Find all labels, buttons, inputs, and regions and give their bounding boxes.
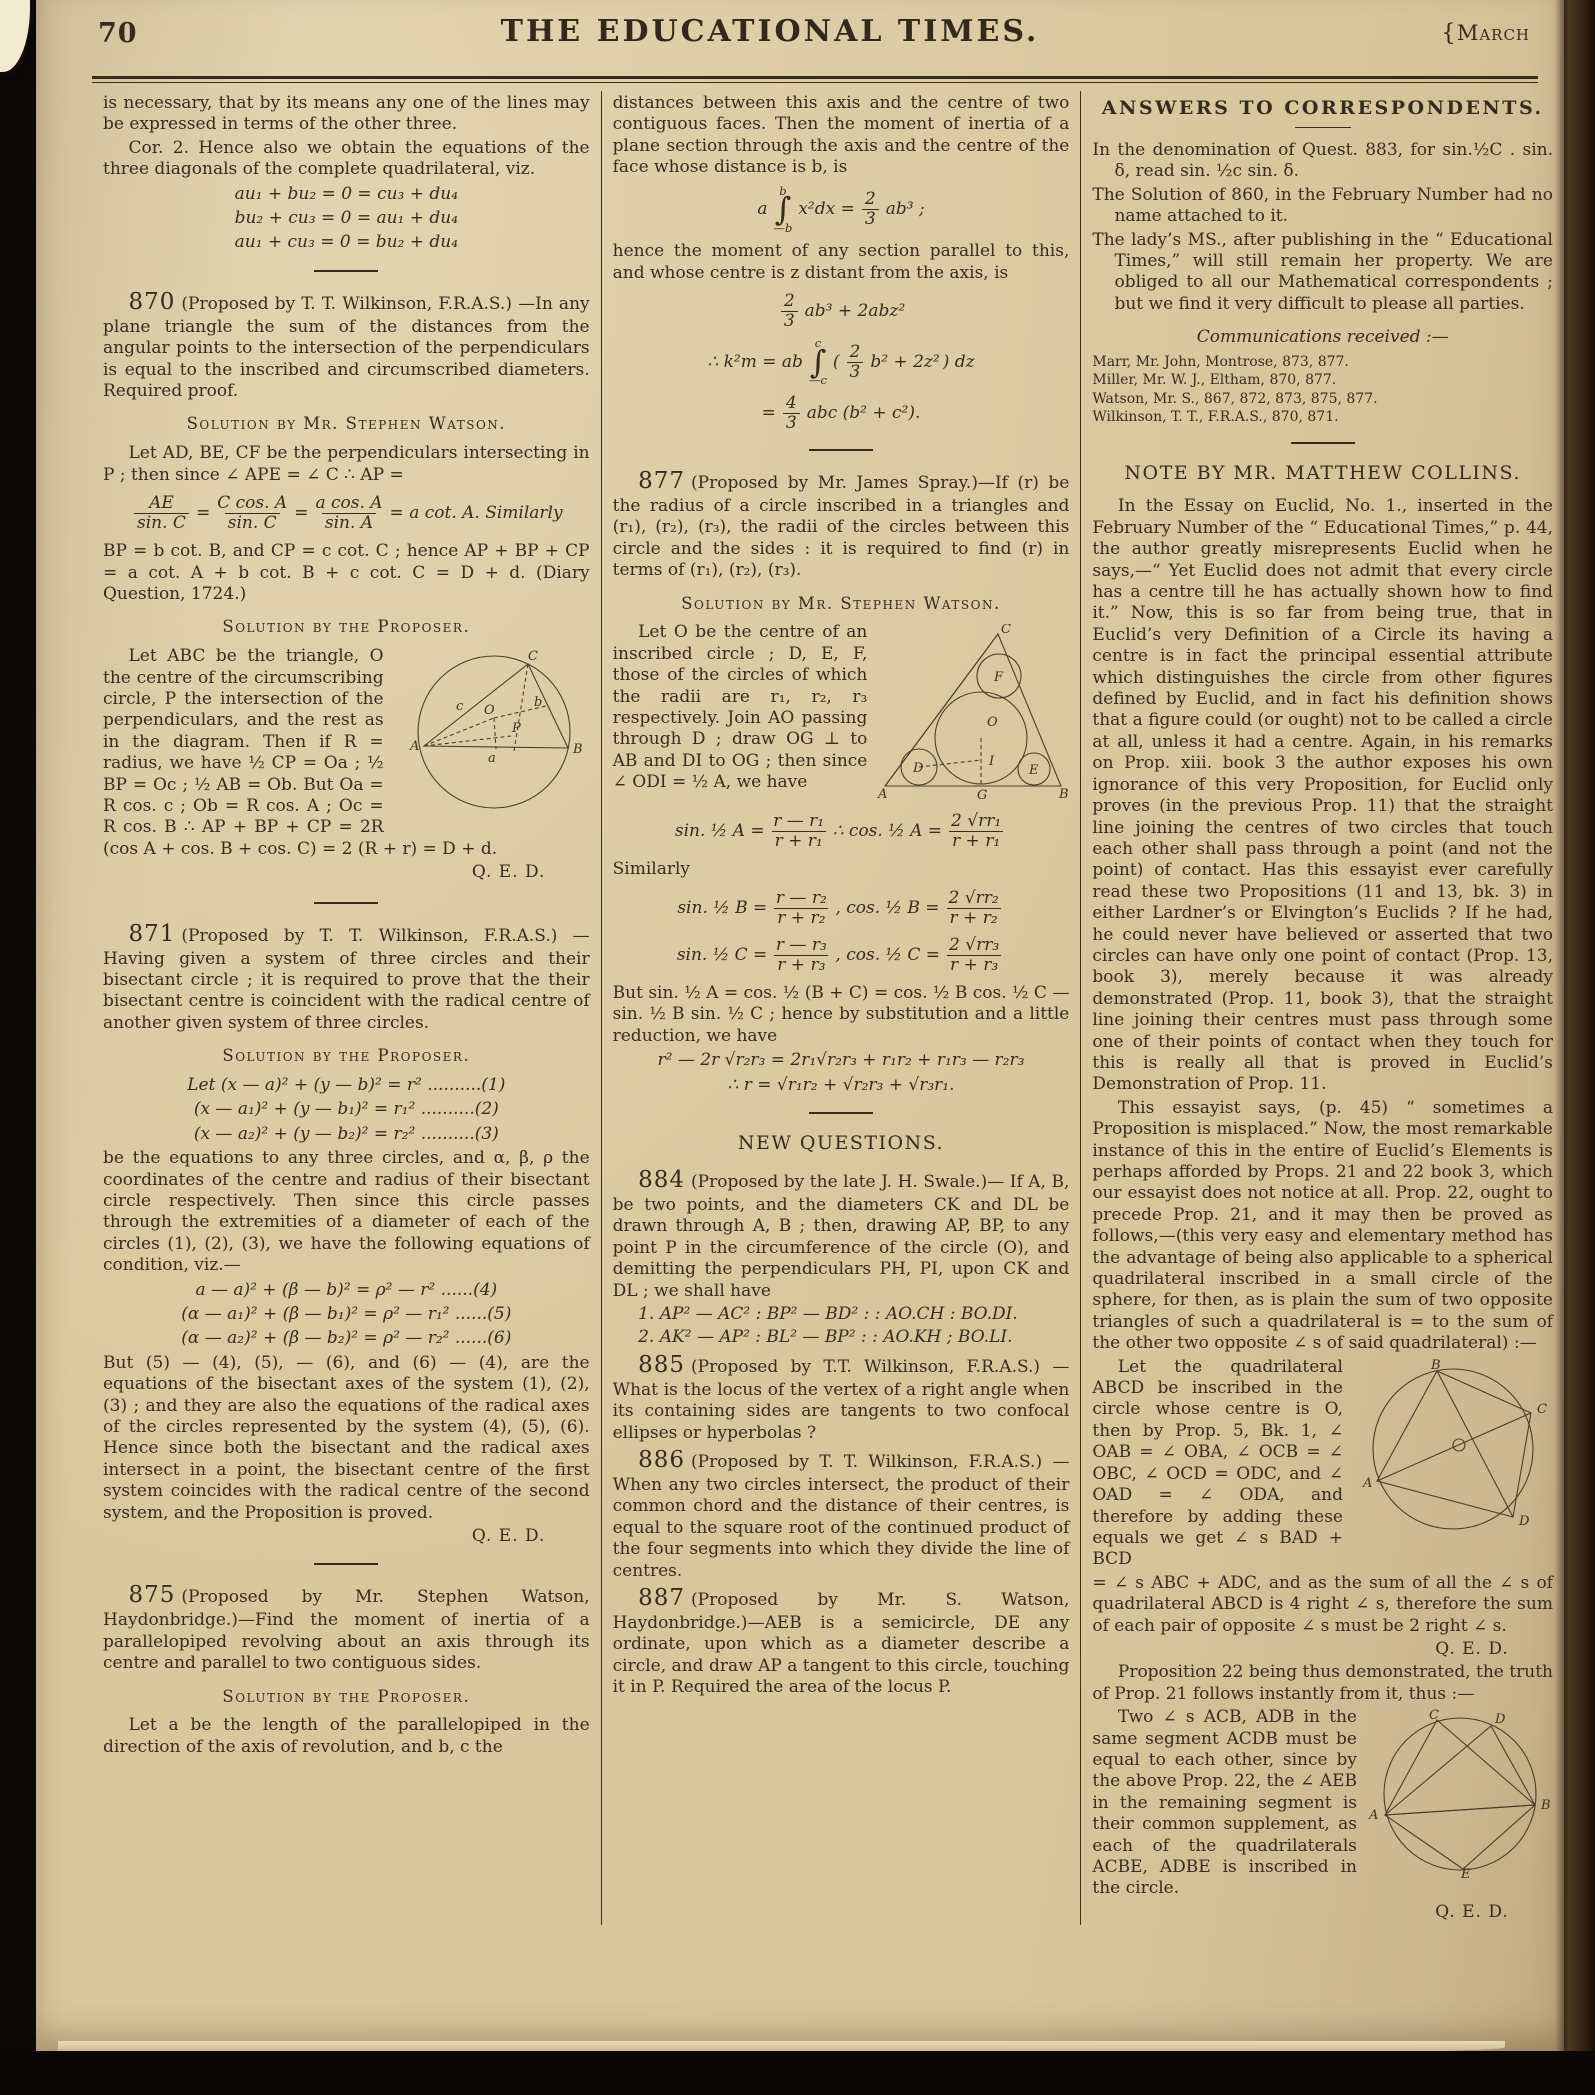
- question-885-number: 885: [638, 1352, 691, 1378]
- column-left: is necessary, that by its means any one …: [92, 91, 601, 1925]
- fraction-numerator: 2 √rr₂: [949, 889, 999, 908]
- problem-870-number: 870: [129, 289, 182, 315]
- fraction-numerator: a cos. A: [315, 494, 382, 513]
- problem-871-statement: 871(Proposed by T. T. Wilkinson, F.R.A.S…: [103, 920, 590, 1035]
- fig-label-c: c: [456, 699, 464, 714]
- fig-label-F: F: [993, 670, 1004, 685]
- solution-871-heading: Solution by the Proposer.: [103, 1046, 590, 1067]
- reduction-equation: r² — 2r √r₂r₃ = 2r₁√r₂r₃ + r₁r₂ + r₁r₃ —…: [613, 1050, 1070, 1071]
- circle-equation-3: (x — a₂)² + (y — b₂)² = r₂² ..........(3…: [103, 1124, 590, 1145]
- header-rule: [92, 76, 1538, 83]
- fraction-numerator: r — r₁: [773, 812, 824, 831]
- half-angle-equation-A: sin. ½ A = r — r₁r + r₁ ∴ cos. ½ A = 2 √…: [613, 812, 1070, 851]
- problem-875-number: 875: [129, 1582, 182, 1608]
- fraction: AEsin. C: [134, 494, 189, 533]
- fig-label-a: a: [488, 751, 496, 766]
- new-questions-heading: NEW QUESTIONS.: [613, 1132, 1070, 1156]
- solution-877-heading: Solution by Mr. Stephen Watson.: [613, 594, 1070, 615]
- half-angle-equation-C: sin. ½ C = r — r₃r + r₃ , cos. ½ C = 2 √…: [613, 936, 1070, 975]
- question-887-number: 887: [638, 1585, 691, 1611]
- solution-870-proposer-heading: Solution by the Proposer.: [103, 617, 590, 638]
- equation-suffix: ab³ + 2abz²: [805, 301, 906, 322]
- equation-middle: ∴ cos. ½ A =: [833, 821, 942, 842]
- fig-label-C: C: [1429, 1709, 1439, 1723]
- fraction-denominator: r + r₂: [774, 908, 828, 928]
- close-paren: ) dz: [943, 352, 975, 373]
- figure-geometry: [1373, 1369, 1533, 1529]
- fraction: 23: [862, 190, 879, 229]
- fraction-denominator: r + r₃: [774, 955, 828, 975]
- fraction: 23: [847, 343, 864, 382]
- solution-877-paragraph-2: But sin. ½ A = cos. ½ (B + C) = cos. ½ B…: [613, 983, 1070, 1047]
- newspaper-page: 70 THE EDUCATIONAL TIMES. {March is nece…: [36, 0, 1564, 2052]
- fig-label-D: D: [1518, 1514, 1530, 1529]
- note-collins-heading: NOTE BY MR. MATTHEW COLLINS.: [1092, 462, 1553, 486]
- half-angle-equation-B: sin. ½ B = r — r₂r + r₂ , cos. ½ B = 2 √…: [613, 889, 1070, 928]
- answer-item-3: The lady’s MS., after publishing in the …: [1092, 230, 1553, 316]
- communication-3: Watson, Mr. S., 867, 872, 873, 875, 877.: [1092, 390, 1553, 408]
- result-equation: = 43 abc (b² + c²).: [613, 394, 1070, 433]
- fraction-denominator: r + r₂: [947, 908, 1001, 928]
- fig-label-B: B: [1430, 1359, 1441, 1373]
- problem-877-number: 877: [638, 468, 691, 494]
- paragraph-moment-section: hence the moment of any section parallel…: [613, 241, 1070, 284]
- book-corner-curl: [0, 0, 30, 72]
- quadrilateral-proof-block: B C A D Let the quadrilateral ABCD be in…: [1092, 1357, 1553, 1663]
- equation-body: x²dx =: [798, 199, 855, 220]
- note-paragraph-5: Proposition 22 being thus demonstrated, …: [1092, 1662, 1553, 1705]
- fraction-numerator: 2: [784, 292, 795, 311]
- moment-equation: 23 ab³ + 2abz²: [613, 292, 1070, 331]
- answers-heading: ANSWERS TO CORRESPONDENTS.: [1092, 97, 1553, 121]
- fraction-numerator: 2 √rr₁: [951, 812, 1001, 831]
- fig-label-E: E: [1028, 763, 1039, 778]
- circle-equation-1: Let (x — a)² + (y — b)² = r² ..........(…: [103, 1075, 590, 1096]
- fig-label-b: b: [534, 695, 542, 710]
- fraction-numerator: AE: [149, 494, 174, 513]
- inscribed-quadrilateral-figure: B C A D: [1353, 1359, 1553, 1535]
- fraction: 2 √rr₂r + r₂: [947, 889, 1001, 928]
- condition-equation-4: a — a)² + (β — b)² = ρ² — r² ......(4): [103, 1280, 590, 1301]
- fig-label-D: D: [1494, 1712, 1506, 1727]
- fraction: r — r₃r + r₃: [774, 936, 828, 975]
- equation-tail: = a cot. A. Similarly: [390, 503, 563, 524]
- fraction-denominator: sin. C: [225, 513, 280, 533]
- question-884-item-2: 2. AK² — AP² : BL² — BP² : : AO.KH ; BO.…: [613, 1327, 1070, 1348]
- problem-871-number: 871: [129, 921, 182, 947]
- open-paren: (: [833, 352, 840, 373]
- note-paragraph-1: In the Essay on Euclid, No. 1., inserted…: [1092, 496, 1553, 1095]
- qed-note-2: Q. E. D.: [1092, 1902, 1553, 1923]
- section-separator: [1291, 442, 1355, 444]
- fraction-denominator: sin. C: [134, 513, 189, 533]
- fig-label-C: C: [528, 649, 538, 664]
- communication-4: Wilkinson, T. T., F.R.A.S., 870, 871.: [1092, 408, 1553, 426]
- lower-limit: —b: [773, 224, 792, 234]
- solution-877-block: C F O D I E A G B Let O be the centre of…: [613, 622, 1070, 804]
- fig-label-E: E: [1460, 1867, 1471, 1879]
- equation-prefix: sin. ½ A =: [675, 821, 765, 842]
- fraction: a cos. Asin. A: [315, 494, 382, 533]
- fraction-denominator: r + r₃: [947, 955, 1001, 975]
- communication-2: Miller, Mr. W. J., Eltham, 870, 877.: [1092, 371, 1553, 389]
- section-separator: [314, 1563, 378, 1565]
- fig-label-O: O: [484, 703, 495, 718]
- fig-label-A: A: [1368, 1808, 1378, 1823]
- equal-angles-segment-figure: C D A B E: [1367, 1709, 1553, 1879]
- fraction-denominator: 3: [862, 209, 879, 229]
- question-887-statement: 887(Proposed by Mr. S. Watson, Haydonbri…: [613, 1584, 1070, 1699]
- column-right: ANSWERS TO CORRESPONDENTS. In the denomi…: [1080, 91, 1564, 1925]
- solution-875-paragraph: Let a be the length of the parallelopipe…: [103, 1715, 590, 1758]
- equation-middle: , cos. ½ B =: [835, 898, 939, 919]
- fraction: C cos. Asin. C: [217, 494, 287, 533]
- figure-geometry: [418, 656, 570, 808]
- fig-label-B: B: [572, 742, 583, 757]
- book-right-edge: [1555, 0, 1595, 2095]
- masthead: 70 THE EDUCATIONAL TIMES. {March: [36, 0, 1564, 72]
- page-title: THE EDUCATIONAL TIMES.: [36, 14, 1504, 49]
- equals-sign: =: [762, 403, 776, 424]
- note-paragraph-2: This essayist says, (p. 45) “ sometimes …: [1092, 1098, 1553, 1355]
- fig-label-B: B: [1058, 787, 1069, 800]
- section-separator: [809, 449, 873, 451]
- fraction-numerator: 2: [850, 343, 861, 362]
- issue-brace: {: [1441, 20, 1457, 46]
- solution-870-watson-paragraph: Let AD, BE, CF be the perpendiculars int…: [103, 443, 590, 486]
- continued-paragraph: is necessary, that by its means any one …: [103, 93, 590, 136]
- integral-sign: ∫: [810, 349, 827, 376]
- issue-month: March: [1457, 21, 1530, 45]
- column-middle: distances between this axis and the cent…: [601, 91, 1081, 1925]
- fig-label-O: O: [987, 715, 998, 730]
- question-884-item-1: 1. AP² — AC² : BP² — BD² : : AO.CH : BO.…: [613, 1304, 1070, 1325]
- condition-equation-5: (α — a₁)² + (β — b₁)² = ρ² — r₁² ......(…: [103, 1304, 590, 1325]
- fraction-numerator: r — r₂: [776, 889, 827, 908]
- problem-875-statement: 875(Proposed by Mr. Stephen Watson, Hayd…: [103, 1581, 590, 1674]
- segment-proof-block: C D A B E Two ∠ s ACB, ADB in the same s…: [1092, 1707, 1553, 1925]
- equation-prefix: sin. ½ C =: [677, 945, 767, 966]
- equation-suffix: ab³ ;: [886, 199, 925, 220]
- equation-prefix: ∴ k²m = ab: [707, 352, 803, 373]
- fraction-numerator: 2: [865, 190, 876, 209]
- question-886-statement: 886(Proposed by T. T. Wilkinson, F.R.A.S…: [613, 1446, 1070, 1582]
- equals-sign: =: [294, 503, 308, 524]
- figure-geometry: [1384, 1718, 1536, 1870]
- fig-label-A: A: [1362, 1476, 1372, 1491]
- equation-prefix: sin. ½ B =: [677, 898, 767, 919]
- diagonal-equation-3: au₁ + cu₃ = 0 = bu₂ + du₄: [103, 232, 590, 253]
- equation-prefix: a: [757, 199, 767, 220]
- fig-label-D: D: [912, 761, 924, 776]
- question-886-number: 886: [638, 1447, 691, 1473]
- fraction-denominator: r + r₁: [772, 831, 826, 851]
- answer-item-2: The Solution of 860, in the February Num…: [1092, 185, 1553, 228]
- heading-rule: [1295, 127, 1351, 128]
- fig-label-C: C: [1537, 1402, 1547, 1417]
- fig-label-I: I: [988, 754, 995, 769]
- solution-870-watson-paragraph-2: BP = b cot. B, and CP = c cot. C ; hence…: [103, 541, 590, 605]
- integral-with-limits: b∫—b: [773, 187, 792, 234]
- equation-middle: , cos. ½ C =: [835, 945, 940, 966]
- question-884-number: 884: [638, 1167, 691, 1193]
- question-884-statement: 884(Proposed by the late J. H. Swale.)— …: [613, 1166, 1070, 1302]
- equation-body: b² + 2z²: [870, 352, 939, 373]
- section-separator: [314, 902, 378, 904]
- fig-label-A: A: [877, 787, 887, 800]
- fig-label-G: G: [977, 788, 987, 800]
- qed-870: Q. E. D.: [103, 862, 590, 883]
- fraction: 2 √rr₃r + r₃: [947, 936, 1001, 975]
- solution-871-paragraph-1: be the equations to any three circles, a…: [103, 1148, 590, 1276]
- fig-label-P: P: [511, 721, 521, 736]
- problem-877-statement: 877(Proposed by Mr. James Spray.)—If (r)…: [613, 467, 1070, 582]
- circle-equation-2: (x — a₁)² + (y — b₁)² = r₁² ..........(2…: [103, 1099, 590, 1120]
- section-separator: [314, 270, 378, 272]
- condition-equation-6: (α — a₂)² + (β — b₂)² = ρ² — r₂² ......(…: [103, 1328, 590, 1349]
- solution-870-proposer-block: C c b O P A B a Let ABC be the triangle,…: [103, 646, 590, 885]
- solution-875-heading: Solution by the Proposer.: [103, 1687, 590, 1708]
- columns: is necessary, that by its means any one …: [36, 83, 1564, 1925]
- fraction-numerator: 4: [786, 394, 797, 413]
- fraction-numerator: C cos. A: [217, 494, 287, 513]
- diagonal-equation-1: au₁ + bu₂ = 0 = cu₃ + du₄: [103, 184, 590, 205]
- similarly-label: Similarly: [613, 859, 1070, 880]
- fraction: 23: [781, 292, 798, 331]
- section-separator: [809, 1112, 873, 1114]
- solution-871-paragraph-2: But (5) — (4), (5), — (6), and (6) — (4)…: [103, 1353, 590, 1524]
- fraction-denominator: 3: [847, 362, 864, 382]
- fig-label-A: A: [409, 739, 419, 754]
- solution-870-watson-heading: Solution by Mr. Stephen Watson.: [103, 414, 590, 435]
- fraction: 2 √rr₁r + r₁: [949, 812, 1003, 851]
- fraction: 43: [783, 394, 800, 433]
- scanned-page-photo: 70 THE EDUCATIONAL TIMES. {March is nece…: [0, 0, 1595, 2095]
- communication-1: Marr, Mr. John, Montrose, 873, 877.: [1092, 353, 1553, 371]
- photo-bottom-edge: [0, 2051, 1595, 2095]
- equation-suffix: abc (b² + c²).: [807, 403, 921, 424]
- integral-equation-2: ∴ k²m = ab c∫—c ( 23 b² + 2z² ) dz: [613, 339, 1070, 386]
- continued-875-paragraph: distances between this axis and the cent…: [613, 93, 1070, 179]
- note-paragraph-4: = ∠ s ABC + ADC, and as the sum of all t…: [1092, 1573, 1553, 1637]
- question-885-statement: 885(Proposed by T.T. Wilkinson, F.R.A.S.…: [613, 1351, 1070, 1444]
- circumscribed-triangle-figure: C c b O P A B a: [394, 648, 590, 820]
- fraction-numerator: r — r₃: [776, 936, 827, 955]
- integral-equation-1: a b∫—b x²dx = 23 ab³ ;: [613, 187, 1070, 234]
- qed-note-1: Q. E. D.: [1092, 1639, 1553, 1660]
- final-r-equation: ∴ r = √r₁r₂ + √r₂r₃ + √r₃r₁.: [613, 1075, 1070, 1096]
- equals-sign: =: [196, 503, 210, 524]
- fraction-denominator: 3: [781, 311, 798, 331]
- fig-label-B: B: [1540, 1798, 1551, 1813]
- inscribed-circles-triangle-figure: C F O D I E A G B: [877, 624, 1069, 800]
- answer-item-1: In the denomination of Quest. 883, for s…: [1092, 140, 1553, 183]
- communications-heading: Communications received :—: [1092, 327, 1553, 348]
- integral-sign: ∫: [775, 196, 792, 223]
- fraction-denominator: sin. A: [322, 513, 376, 533]
- fig-label-C: C: [1001, 624, 1011, 637]
- solution-870-fraction-equation: AEsin. C = C cos. Asin. C = a cos. Asin.…: [103, 494, 590, 533]
- diagonal-equation-2: bu₂ + cu₃ = 0 = au₁ + du₄: [103, 208, 590, 229]
- fraction-denominator: 3: [783, 413, 800, 433]
- problem-870-statement: 870(Proposed by T. T. Wilkinson, F.R.A.S…: [103, 288, 590, 403]
- issue-label: {March: [1441, 20, 1530, 46]
- fraction-denominator: r + r₁: [949, 831, 1003, 851]
- fraction-numerator: 2 √rr₃: [949, 936, 999, 955]
- fraction: r — r₂r + r₂: [774, 889, 828, 928]
- lower-limit: —c: [809, 376, 827, 386]
- corollary-2-paragraph: Cor. 2. Hence also we obtain the equatio…: [103, 138, 590, 181]
- fraction: r — r₁r + r₁: [772, 812, 826, 851]
- qed-871: Q. E. D.: [103, 1526, 590, 1547]
- integral-with-limits: c∫—c: [809, 339, 827, 386]
